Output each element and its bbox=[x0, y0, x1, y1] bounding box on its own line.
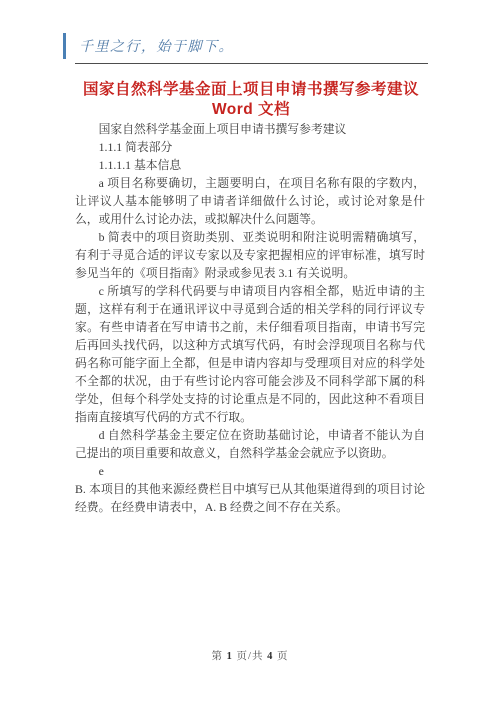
document-page: 千里之行，始于脚下。 国家自然科学基金面上项目申请书撰写参考建议 Word 文档… bbox=[0, 0, 500, 707]
paragraph-a: a 项目名称要确切，主题要明白，在项目名称有限的字数内，让评议人基本能够明了申请… bbox=[75, 174, 425, 228]
quote-accent-bar bbox=[63, 33, 66, 59]
header-divider bbox=[75, 63, 428, 64]
doc-body: 国家自然科学基金面上项目申请书撰写参考建议 1.1.1 简表部分 1.1.1.1… bbox=[75, 120, 425, 516]
paragraph-b: b 简表中的项目资助类别、亚类说明和附注说明需精确填写，有利于寻觅合适的评议专家… bbox=[75, 228, 425, 282]
footer-middle: 页/共 bbox=[233, 651, 267, 662]
section-heading: 1.1.1 简表部分 bbox=[75, 138, 425, 156]
header-quote: 千里之行，始于脚下。 bbox=[0, 0, 500, 59]
paragraph-c: c 所填写的学科代码要与申请项目内容相全都，贴近申请的主题，这样有利于在通讯评议… bbox=[75, 282, 425, 426]
paragraph-b-funds: B. 本项目的其他来源经费栏目中填写已从其他渠道得到的项目讨论经费。在经费申请表… bbox=[75, 480, 425, 516]
doc-title: 国家自然科学基金面上项目申请书撰写参考建议 Word 文档 bbox=[75, 80, 427, 120]
footer-suffix: 页 bbox=[273, 651, 288, 662]
paragraph-e: e bbox=[75, 462, 425, 480]
quote-text: 千里之行，始于脚下。 bbox=[79, 36, 234, 56]
paragraph-d: d 自然科学基金主要定位在资助基础讨论，申请者不能认为自己提出的项目重要和故意义… bbox=[75, 426, 425, 462]
subsection-heading: 1.1.1.1 基本信息 bbox=[75, 156, 425, 174]
footer-prefix: 第 bbox=[212, 651, 227, 662]
doc-subtitle: 国家自然科学基金面上项目申请书撰写参考建议 bbox=[75, 120, 425, 138]
page-footer: 第 1 页/共 4 页 bbox=[0, 648, 500, 663]
